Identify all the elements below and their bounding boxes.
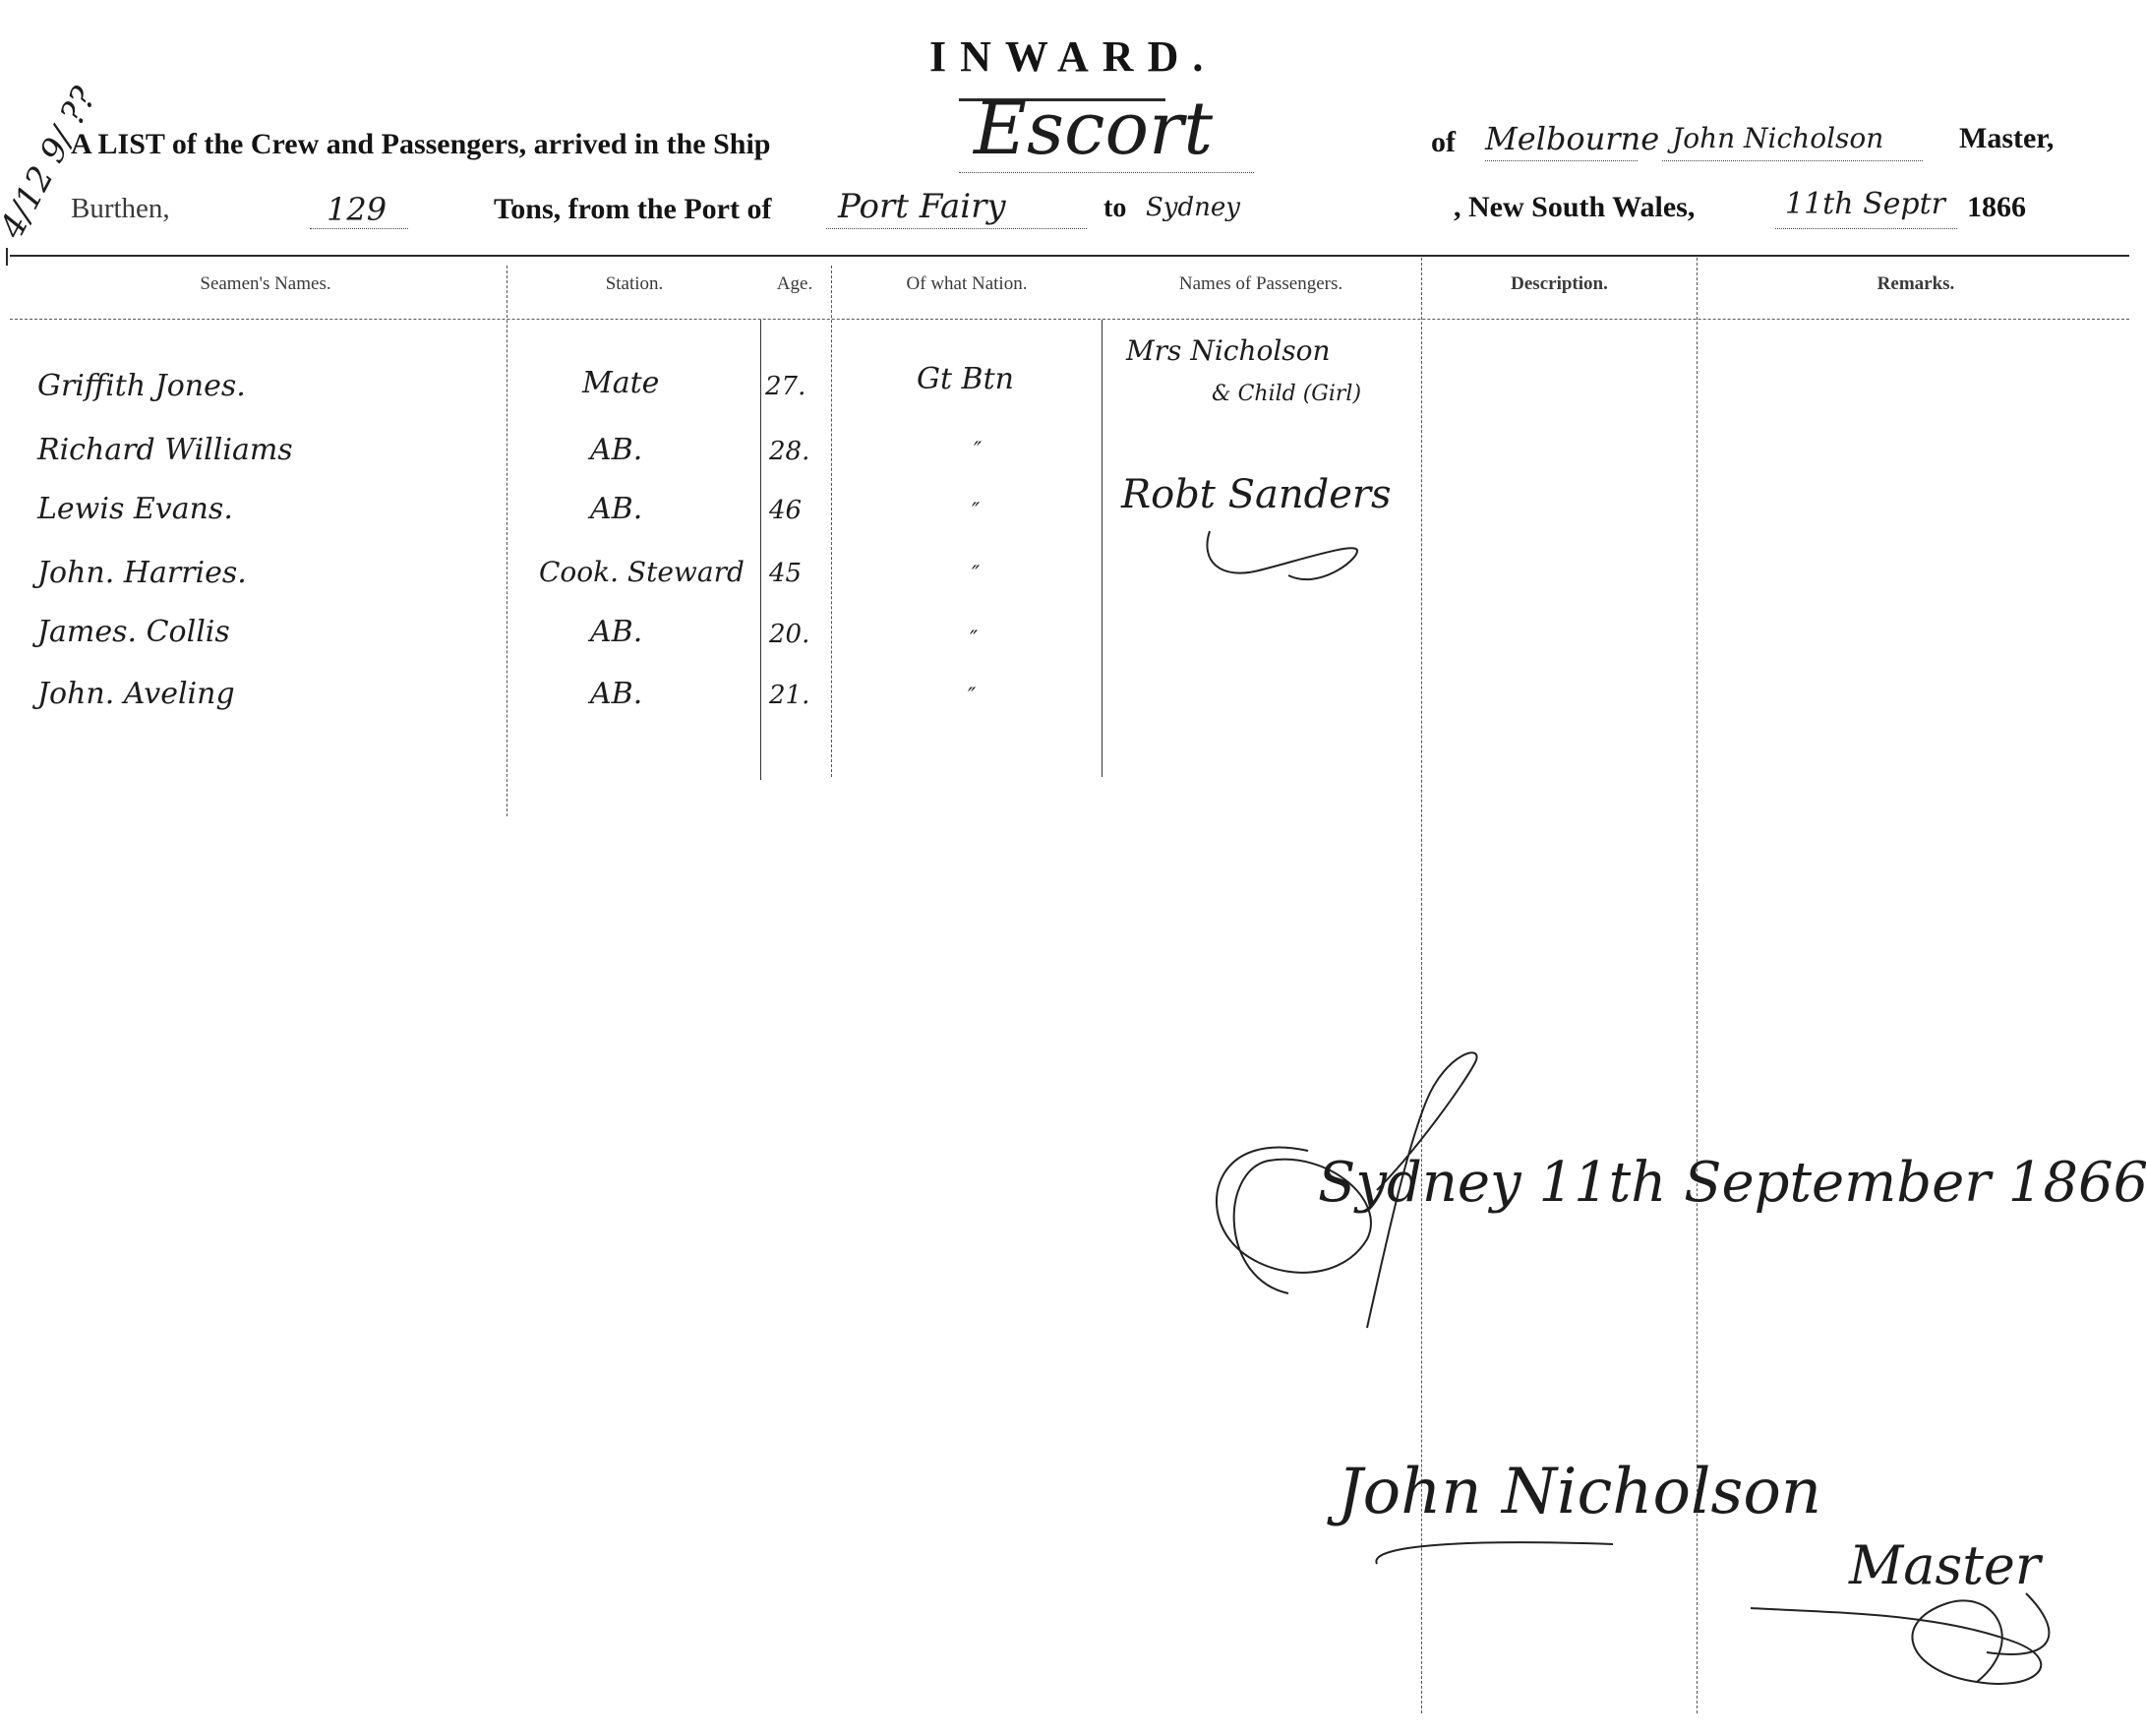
passenger-signature-flourish (1200, 521, 1377, 590)
seaman-age: 20. (769, 620, 809, 649)
arrival-date: 11th Septr (1785, 187, 1945, 221)
col-header-seamen-names: Seamen's Names. (59, 273, 472, 295)
seaman-station: AB. (590, 677, 642, 711)
master-name-underline (1662, 160, 1923, 161)
col-header-station: Station. (511, 273, 757, 295)
master-name: John Nicholson (1672, 122, 1883, 154)
seaman-nation: ″ (968, 685, 976, 709)
seaman-age: 27. (765, 372, 805, 401)
col-header-description: Description. (1424, 273, 1695, 295)
arrival-year: 1866 (1967, 191, 2026, 224)
passenger-name: Mrs Nicholson (1126, 334, 1331, 367)
table-top-rule (10, 255, 2129, 257)
seaman-nation: ″ (972, 500, 980, 524)
to-port: Sydney (1146, 193, 1240, 222)
seaman-station: AB. (590, 492, 642, 526)
seaman-age: 45 (769, 559, 802, 588)
seaman-nation: ″ (972, 563, 980, 587)
seaman-name: John. Aveling (37, 677, 235, 711)
divider-station-age (760, 320, 761, 780)
ship-name: Escort (974, 87, 1213, 171)
ship-name-underline (959, 172, 1254, 173)
seaman-nation: ″ (970, 628, 978, 652)
place-date-signature: Sydney 11th September 1866 (1318, 1151, 2146, 1215)
col-header-age: Age. (759, 273, 830, 295)
seaman-name: James. Collis (37, 615, 230, 649)
passenger-signature: Robt Sanders (1121, 472, 1392, 517)
list-heading: A LIST of the Crew and Passengers, arriv… (71, 128, 770, 161)
seaman-station: AB. (590, 615, 642, 649)
seaman-age: 21. (769, 681, 809, 710)
burthen-underline (310, 228, 408, 229)
header-bottom-rule (10, 319, 2129, 320)
home-port-underline (1485, 160, 1638, 161)
seaman-station: Cook. Steward (539, 556, 745, 588)
seaman-name: John. Harries. (37, 556, 247, 590)
seaman-station: Mate (582, 366, 659, 400)
seaman-nation: Gt Btn (917, 362, 1014, 396)
colony-label: , New South Wales, (1454, 191, 1695, 224)
passenger-name: & Child (Girl) (1212, 382, 1361, 406)
burthen-value: 129 (327, 191, 387, 228)
master-signature-flourish (1357, 1505, 1652, 1584)
table-left-tick (6, 248, 8, 266)
document-title: INWARD. (929, 31, 1217, 82)
col-header-passengers: Names of Passengers. (1103, 273, 1418, 295)
from-port: Port Fairy (838, 187, 1006, 226)
home-port: Melbourne (1485, 120, 1659, 157)
seaman-name: Richard Williams (37, 433, 293, 467)
seaman-nation: ″ (974, 439, 982, 463)
master-label: Master, (1959, 122, 2054, 155)
divider-age-nation (831, 266, 832, 777)
tons-label: Tons, from the Port of (494, 193, 771, 226)
arrival-date-underline (1775, 228, 1957, 229)
divider-seamen-station (507, 266, 507, 816)
col-header-nation: Of what Nation. (834, 273, 1100, 295)
master-title-flourish (1741, 1584, 2095, 1711)
seaman-age: 28. (769, 437, 809, 466)
seaman-name: Griffith Jones. (37, 369, 246, 403)
seaman-station: AB. (590, 433, 642, 467)
seaman-name: Lewis Evans. (37, 492, 233, 526)
from-port-underline (826, 228, 1087, 229)
divider-nation-passengers (1102, 320, 1103, 777)
to-label: to (1103, 193, 1126, 224)
seaman-age: 46 (769, 496, 802, 525)
burthen-label: Burthen, (71, 193, 170, 225)
of-label: of (1431, 126, 1456, 159)
col-header-remarks: Remarks. (1699, 273, 2132, 295)
